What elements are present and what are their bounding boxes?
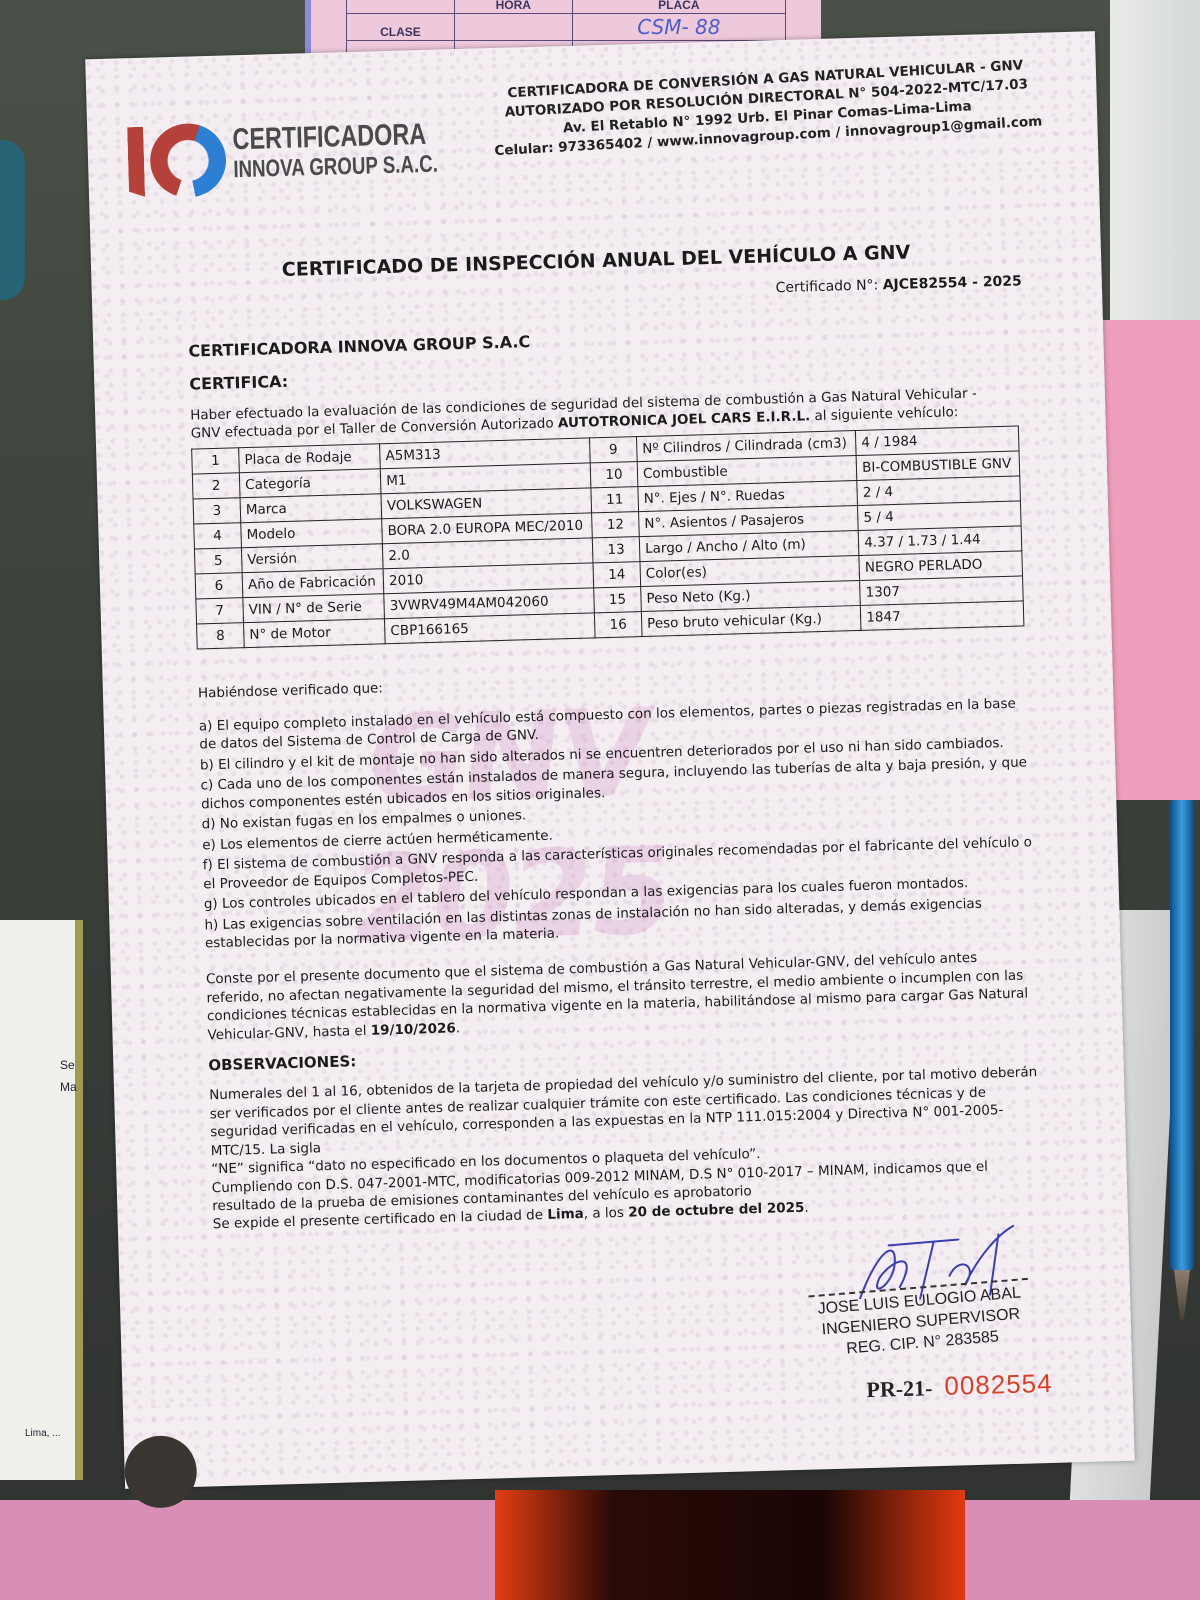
background-white-sheet (1110, 0, 1200, 320)
header-info: CERTIFICADORA DE CONVERSIÓN A GAS NATURA… (485, 55, 1048, 161)
row-number: 3 (193, 498, 241, 524)
conste-end: . (456, 1020, 461, 1036)
logo-text: CERTIFICADORA INNOVA GROUP S.A.C. (232, 119, 438, 185)
row-number: 5 (194, 548, 242, 574)
certificate-number: Certificado N°: AJCE82554 - 2025 (775, 273, 1022, 296)
row-number: 10 (590, 462, 638, 488)
field-value: CBP166165 (385, 613, 595, 644)
row-number: 16 (594, 612, 642, 638)
verification-section: Habiéndose verificado que: a) El equipo … (198, 661, 1035, 955)
intro-text: al siguiente vehículo: (810, 404, 959, 424)
issued-end: . (804, 1200, 809, 1216)
row-number: 15 (594, 587, 642, 613)
vehicle-data-table: 1Placa de RodajeA5M3139Nº Cilindros / Ci… (191, 425, 1024, 649)
serial-prefix: PR-21- (866, 1375, 933, 1402)
form-label-placa: PLACA (572, 0, 785, 14)
certifica-heading: CERTIFICA: (189, 372, 288, 394)
observations-heading: OBSERVACIONES: (208, 1052, 356, 1074)
punch-hole (124, 1435, 198, 1509)
serial-number: PR-21-0082554 (866, 1368, 1053, 1404)
row-number: 13 (592, 537, 640, 563)
certificate-document: GNV 2025 CERTIFICADORA INNOVA GROUP S.A.… (85, 31, 1135, 1489)
row-number: 4 (194, 523, 242, 549)
form-handwritten-placa: CSM- 88 (572, 14, 785, 41)
serial-value: 0082554 (944, 1368, 1053, 1401)
logo-i-mark-icon (127, 127, 145, 197)
background-notebook: Se Ma Lima, ... (0, 920, 83, 1480)
certificate-number-value: AJCE82554 - 2025 (883, 273, 1023, 293)
certificate-number-label: Certificado N°: (775, 277, 878, 296)
issued-text: , a los (584, 1205, 629, 1222)
notebook-label: Se (60, 1058, 75, 1072)
conste-paragraph: Conste por el presente documento que el … (206, 947, 1038, 1044)
notebook-label: Lima, ... (25, 1428, 61, 1439)
conste-text: Conste por el presente documento que el … (206, 950, 1029, 1043)
company-logo: CERTIFICADORA INNOVA GROUP S.A.C. (127, 116, 379, 203)
form-cell (454, 14, 572, 41)
row-number: 2 (192, 473, 240, 499)
background-bottle (0, 140, 25, 300)
background-red-box (495, 1490, 965, 1600)
pen-icon (1170, 800, 1194, 1270)
row-number: 9 (589, 437, 637, 463)
row-number: 11 (591, 487, 639, 513)
row-number: 8 (197, 623, 245, 649)
row-number: 7 (196, 598, 244, 624)
field-value: 1847 (860, 601, 1023, 631)
field-label: N° de Motor (244, 619, 386, 648)
field-label: Peso bruto vehicular (Kg.) (641, 605, 861, 636)
observations-text: Numerales del 1 al 16, obtenidos de la t… (209, 1063, 1042, 1216)
issued-city: Lima (547, 1206, 584, 1223)
background-pink-folder (1100, 320, 1200, 800)
row-number: 14 (593, 562, 641, 588)
logo-g-mark-icon (149, 122, 227, 198)
notebook-label: Ma (60, 1080, 77, 1094)
organization-name: CERTIFICADORA INNOVA GROUP S.A.C (188, 332, 530, 361)
form-label-hora: HORA (454, 0, 572, 14)
row-number: 6 (195, 573, 243, 599)
header: CERTIFICADORA INNOVA GROUP S.A.C. CERTIF… (126, 62, 1059, 198)
form-label-clase: CLASE (347, 14, 455, 41)
pen-tip (1174, 1270, 1190, 1320)
valid-until-date: 19/10/2026 (371, 1020, 456, 1038)
row-number: 12 (592, 512, 640, 538)
row-number: 1 (192, 448, 240, 474)
form-cell (347, 0, 455, 14)
logo-line2: INNOVA GROUP S.A.C. (233, 151, 438, 185)
